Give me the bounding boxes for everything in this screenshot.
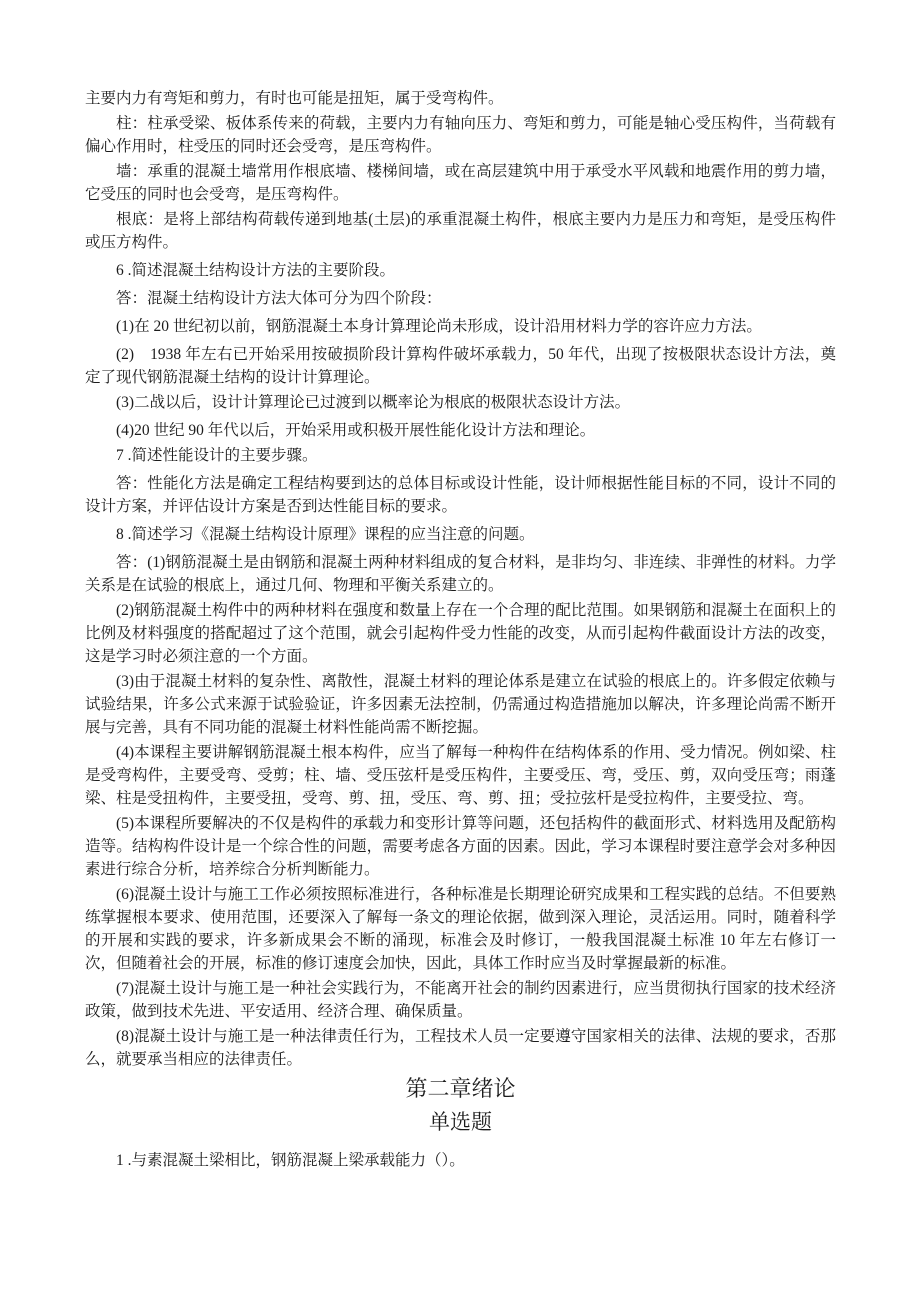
answer-8-item-2: (2)钢筋混凝土构件中的两种材料在强度和数量上存在一个合理的配比范围。如果钢筋和… xyxy=(85,599,836,668)
question-7: 7 .简述性能设计的主要步骤。 xyxy=(85,444,836,467)
answer-7: 答：性能化方法是确定工程结构要到达的总体目标或设计性能，设计师根据性能目标的不同… xyxy=(85,472,836,518)
question-8: 8 .简述学习《混凝土结构设计原理》课程的应当注意的问题。 xyxy=(85,523,836,546)
paragraph-column-definition: 柱：柱承受梁、板体系传来的荷载，主要内力有轴向压力、弯矩和剪力，可能是轴心受压构… xyxy=(85,112,836,158)
answer-6-stage-4: (4)20 世纪 90 年代以后，开始采用或积极开展性能化设计方法和理论。 xyxy=(85,419,836,442)
paragraph-wall-definition: 墙：承重的混凝土墙常用作根底墙、楼梯间墙，或在高层建筑中用于承受水平风载和地震作… xyxy=(85,160,836,206)
chapter-2-heading: 第二章绪论 xyxy=(85,1073,836,1105)
question-6: 6 .简述混凝土结构设计方法的主要阶段。 xyxy=(85,259,836,282)
answer-6-intro: 答：混凝土结构设计方法大体可分为四个阶段： xyxy=(85,287,836,310)
answer-8-item-1: 答：(1)钢筋混凝土是由钢筋和混凝土两种材料组成的复合材料，是非均匀、非连续、非… xyxy=(85,551,836,597)
document-page: 主要内力有弯矩和剪力，有时也可能是扭矩，属于受弯构件。 柱：柱承受梁、板体系传来… xyxy=(0,0,920,1301)
answer-6-stage-1: (1)在 20 世纪初以前，钢筋混凝土本身计算理论尚未形成，设计沿用材料力学的容… xyxy=(85,315,836,338)
question-1: 1 .与素混凝土梁相比，钢筋混凝上梁承载能力（）。 xyxy=(85,1149,836,1172)
answer-8-item-8: (8)混凝土设计与施工是一种法律责任行为，工程技术人员一定要遵守国家相关的法律、… xyxy=(85,1025,836,1071)
answer-8-item-7: (7)混凝土设计与施工是一种社会实践行为，不能离开社会的制约因素进行，应当贯彻执… xyxy=(85,977,836,1023)
paragraph-beam-continuation: 主要内力有弯矩和剪力，有时也可能是扭矩，属于受弯构件。 xyxy=(85,87,836,110)
paragraph-foundation-definition: 根底：是将上部结构荷载传递到地基(土层)的承重混凝土构件，根底主要内力是压力和弯… xyxy=(85,208,836,254)
single-choice-section-heading: 单选题 xyxy=(85,1107,836,1137)
answer-8-item-5: (5)本课程所要解决的不仅是构件的承载力和变形计算等问题，还包括构件的截面形式、… xyxy=(85,812,836,881)
answer-8-item-3: (3)由于混凝土材料的复杂性、离散性，混凝土材料的理论体系是建立在试验的根底上的… xyxy=(85,670,836,739)
answer-6-stage-3: (3)二战以后，设计计算理论已过渡到以概率论为根底的极限状态设计方法。 xyxy=(85,391,836,414)
document-body: 主要内力有弯矩和剪力，有时也可能是扭矩，属于受弯构件。 柱：柱承受梁、板体系传来… xyxy=(85,87,836,1172)
answer-6-stage-2: (2) 1938 年左右已开始采用按破损阶段计算构件破坏承载力，50 年代，出现… xyxy=(85,343,836,389)
answer-8-item-6: (6)混凝土设计与施工工作必须按照标准进行，各种标准是长期理论研究成果和工程实践… xyxy=(85,883,836,975)
answer-8-item-4: (4)本课程主要讲解钢筋混凝土根本构件，应当了解每一种构件在结构体系的作用、受力… xyxy=(85,741,836,810)
